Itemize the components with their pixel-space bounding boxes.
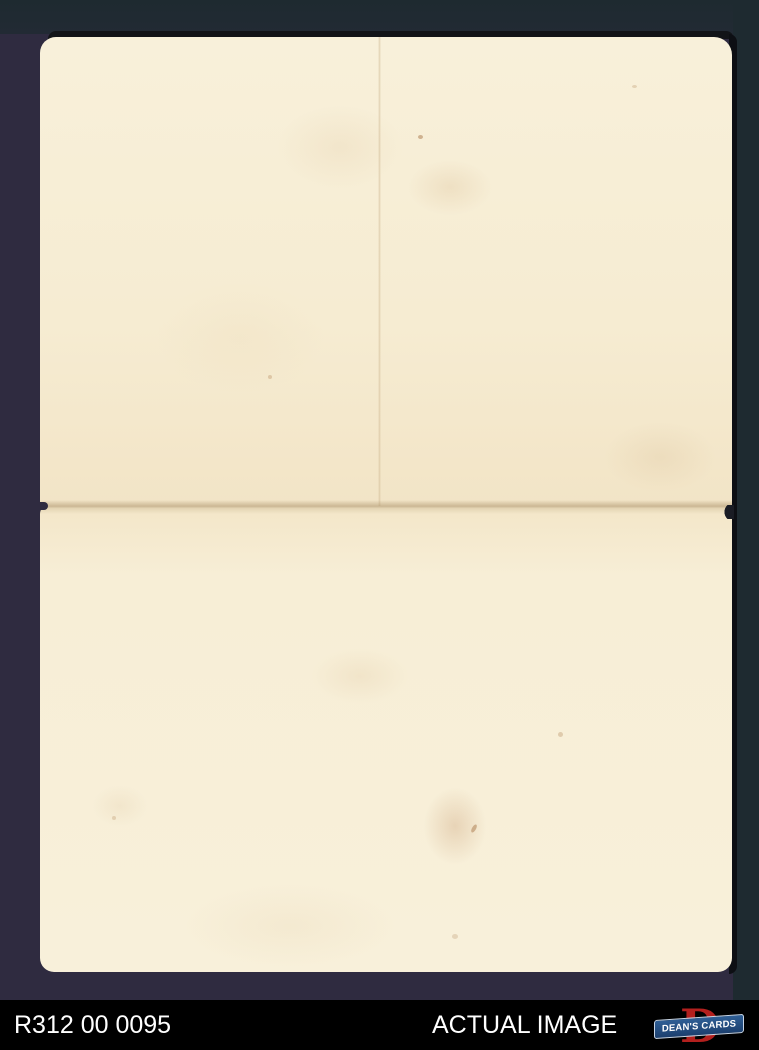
- deans-cards-logo-icon: D DEAN'S CARDS: [652, 1004, 746, 1048]
- stain-mark: [418, 135, 423, 139]
- card-top-panel: [40, 37, 732, 511]
- card-bottom-panel: [40, 506, 732, 972]
- fold-notch-right: [720, 505, 734, 519]
- stain-mark: [268, 375, 272, 379]
- logo-banner: DEAN'S CARDS: [654, 1014, 744, 1039]
- actual-image-label: ACTUAL IMAGE: [432, 1010, 617, 1040]
- stain-mark: [452, 934, 458, 939]
- stain-mark: [112, 816, 116, 820]
- stain-mark: [470, 824, 478, 834]
- scanner-top-edge: [0, 0, 759, 34]
- vertical-crease: [378, 37, 381, 511]
- footer-bar: R312 00 0095 ACTUAL IMAGE D DEAN'S CARDS: [0, 1000, 759, 1050]
- stain-mark: [632, 85, 637, 88]
- fold-notch-left: [38, 502, 48, 510]
- inventory-id: R312 00 0095: [14, 1010, 171, 1040]
- horizontal-fold: [40, 500, 732, 514]
- stain-mark: [558, 732, 563, 737]
